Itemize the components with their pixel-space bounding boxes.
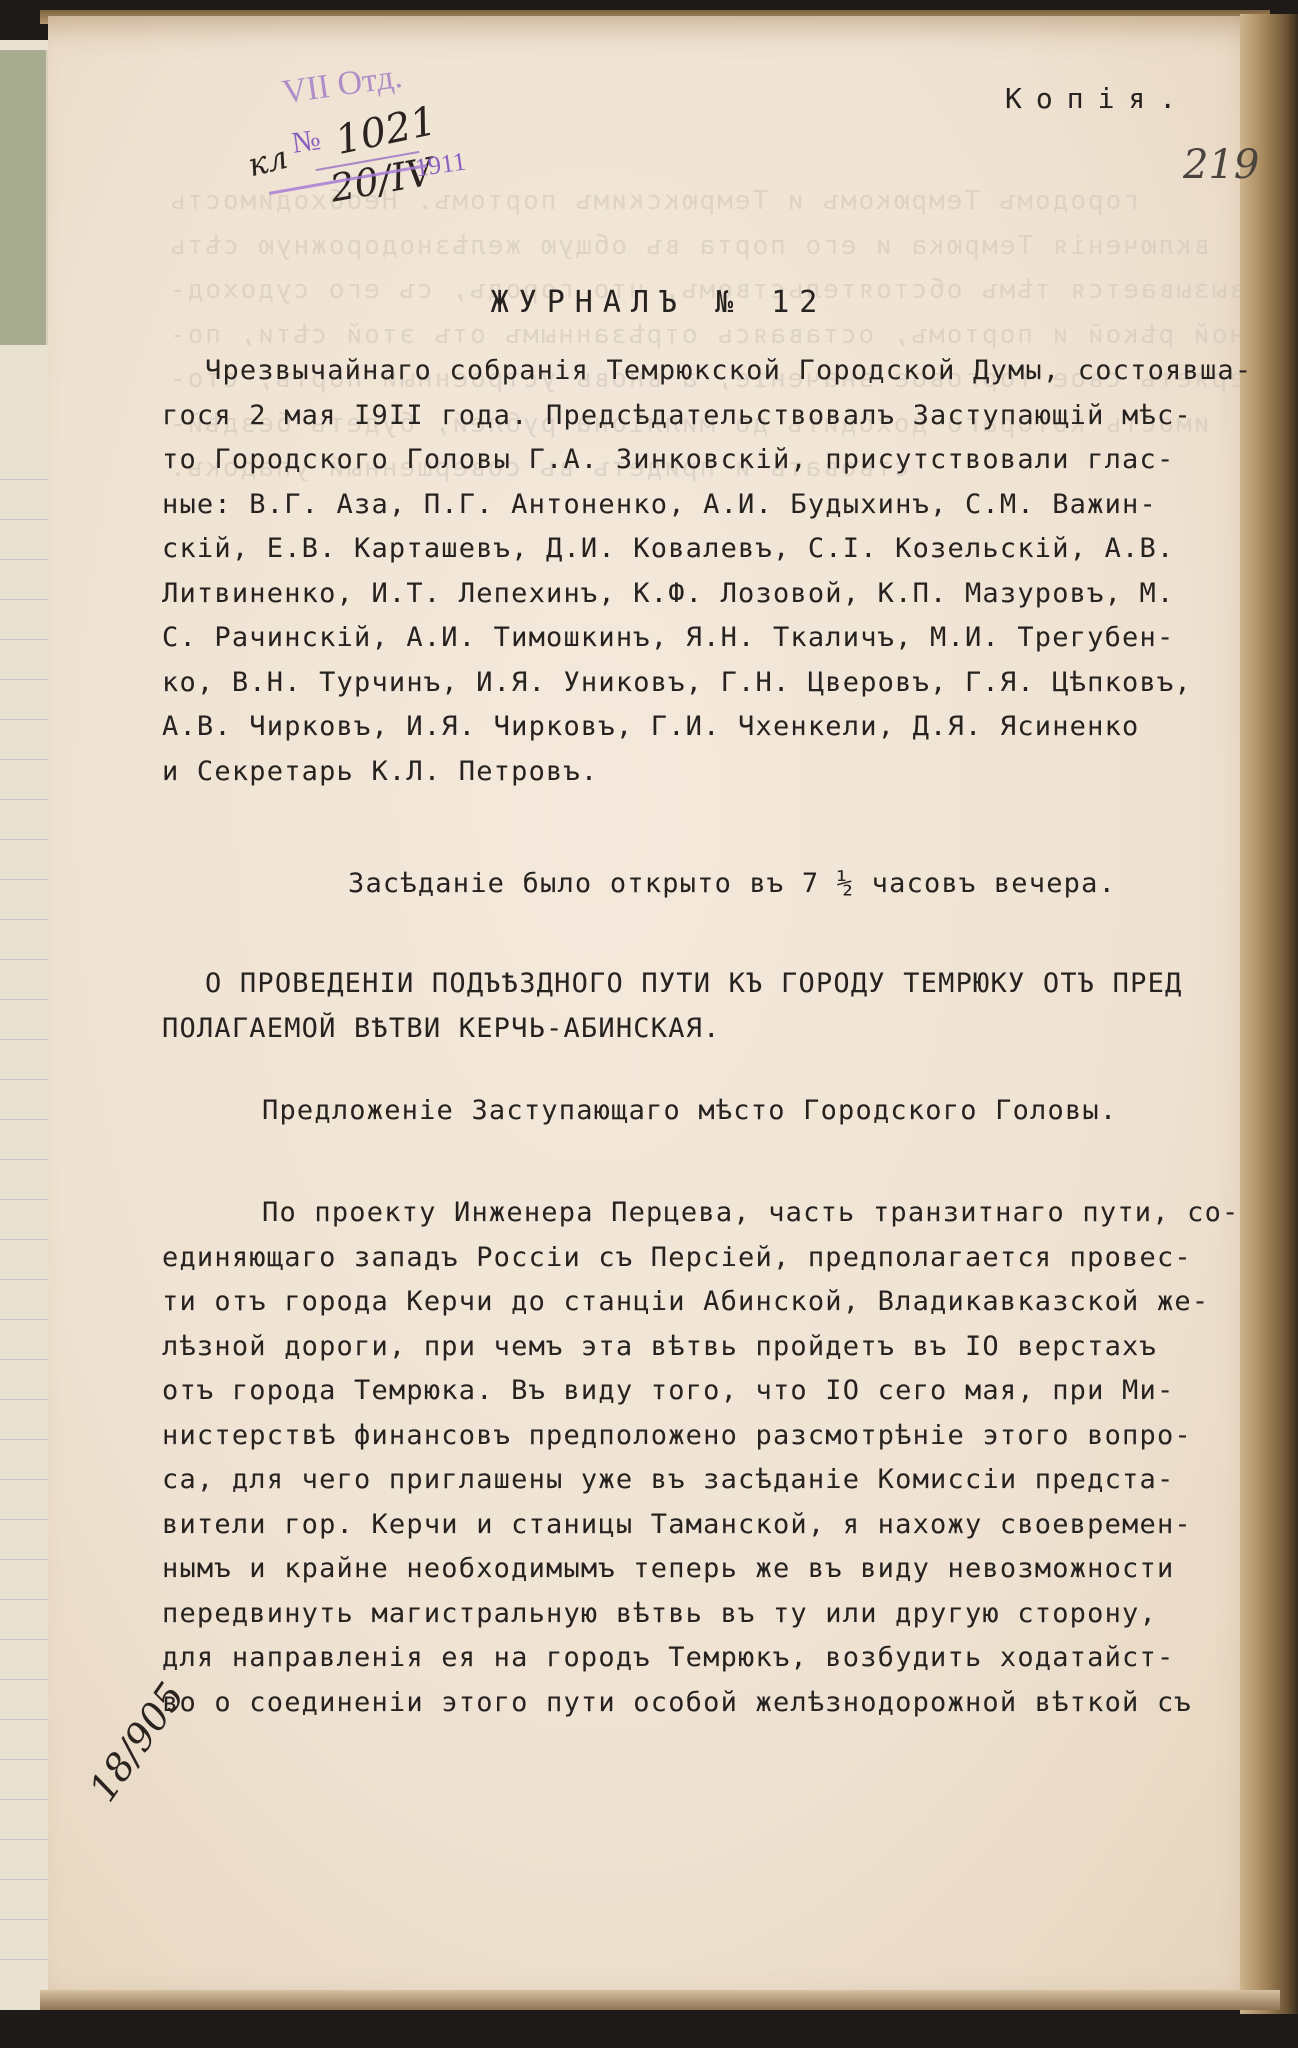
session-opened: Засѣданіе было открыто въ 7 ½ часовъ веч… [348, 868, 1116, 899]
preamble-line: ко, В.Н. Турчинъ, И.Я. Униковъ, Г.Н. Цве… [162, 667, 1192, 698]
body-line: нымъ и крайне необходимымъ теперь же въ … [162, 1553, 1174, 1584]
stamp-number-label: № [290, 123, 323, 161]
preamble-line: Чрезвычайнаго собранія Темрюкской Городс… [205, 355, 1252, 386]
body-line: передвинуть магистральную вѣтвь въ ту ил… [162, 1598, 1157, 1629]
body-line: лѣзной дороги, при чемъ эта вѣтвь пройде… [162, 1331, 1157, 1362]
folio-number: 219 [1183, 142, 1259, 188]
body-line: для направленія ея на городъ Темрюкъ, во… [162, 1642, 1174, 1673]
agenda-line: О ПРОВЕДЕНІИ ПОДЪѢЗДНОГО ПУТИ КЪ ГОРОДУ … [205, 968, 1183, 999]
body-line: По проекту Инженера Перцева, часть транз… [262, 1197, 1240, 1228]
bottom-page-edge [40, 1990, 1280, 2010]
preamble-line: скій, Е.В. Карташевъ, Д.И. Ковалевъ, С.I… [162, 533, 1174, 564]
bleed-through-line: ной рѣкой и портомъ, оставаясь отрѣзанны… [168, 320, 1245, 350]
preamble-line: Литвиненко, И.Т. Лепехинъ, К.Ф. Лозовой,… [162, 578, 1174, 609]
green-tab [0, 50, 48, 345]
journal-title: ЖУРНАЛЪ № 12 [48, 285, 1270, 320]
proposal-heading: Предложеніе Заступающаго мѣсто Городског… [262, 1095, 1117, 1126]
preamble-line: А.В. Чирковъ, И.Я. Чирковъ, Г.И. Чхенкел… [162, 711, 1140, 742]
body-line: нистерствѣ финансовъ предположено разсмо… [162, 1420, 1192, 1451]
preamble-line: ные: В.Г. Аза, П.Г. Антоненко, А.И. Буды… [162, 489, 1157, 520]
body-line: вители гор. Керчи и станицы Таманской, я… [162, 1509, 1192, 1540]
preamble-line: С. Рачинскій, А.И. Тимошкинъ, Я.Н. Ткали… [162, 622, 1174, 653]
body-line: ти отъ города Керчи до станціи Абинской,… [162, 1286, 1209, 1317]
body-line: са, для чего приглашены уже въ засѣданіе… [162, 1464, 1174, 1495]
agenda-line: ПОЛАГАЕМОЙ ВѢТВИ КЕРЧЬ-АБИНСКАЯ. [162, 1013, 721, 1044]
preamble-line: и Секретарь К.Л. Петровъ. [162, 756, 598, 787]
body-line: единяющаго западъ Россіи съ Персіей, пре… [162, 1242, 1192, 1273]
preamble-line: то Городского Головы Г.А. Зинковскій, пр… [162, 444, 1174, 475]
body-line: отъ города Темрюка. Въ виду того, что IO… [162, 1375, 1174, 1406]
bleed-through-line: включенія Темрюка и его порта въ общую ж… [168, 231, 1210, 261]
bleed-through-line: городомъ Темрюкомъ и Темрюкскимъ портомъ… [168, 186, 1139, 216]
body-line: во о соединеніи этого пути особой желѣзн… [162, 1687, 1192, 1718]
preamble-line: гося 2 мая I9II года. Предсѣдательствова… [162, 400, 1192, 431]
copy-mark: Копія. [1005, 82, 1190, 115]
